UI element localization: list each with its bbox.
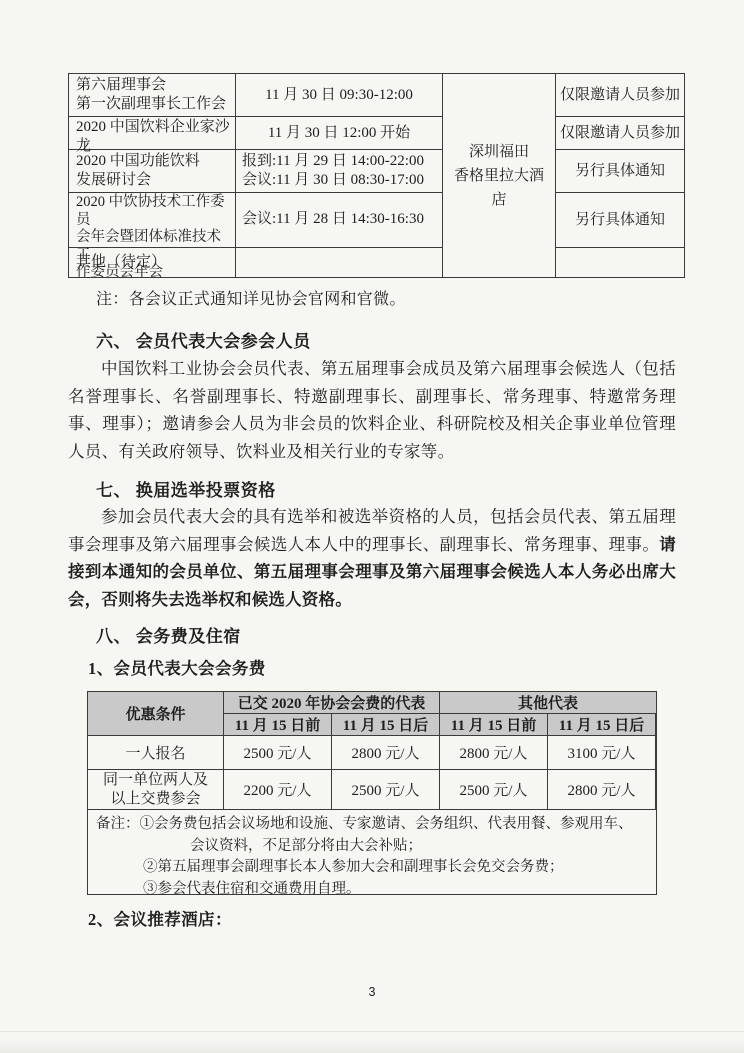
fee-group-header: 已交 2020 年协会会费的代表 <box>238 692 426 713</box>
hotels-subheading: 2、会议推荐酒店： <box>88 906 232 930</box>
fee-corner-header: 优惠条件 <box>125 703 185 724</box>
fee-corner-header-cell: 优惠条件 <box>88 692 224 736</box>
meeting-note: 仅限邀请人员参加 <box>560 124 680 143</box>
meeting-time: 报到:11 月 29 日 14:00-22:00 会议:11 月 30 日 08… <box>242 152 424 191</box>
meeting-time-cell: 报到:11 月 29 日 14:00-22:00 会议:11 月 30 日 08… <box>236 150 443 193</box>
meeting-note: 仅限邀请人员参加 <box>560 86 680 105</box>
meeting-note-cell: 另行具体通知 <box>556 150 684 193</box>
meeting-name-cell: 第六届理事会 第一次副理事长工作会 <box>69 74 236 117</box>
meeting-note: 另行具体通知 <box>575 211 665 230</box>
meeting-time-cell <box>236 248 443 277</box>
fee-remark-text: ①会务费包括会议场地和设施、专家邀请、会务组织、代表用餐、参观用车、 <box>140 814 633 836</box>
fee-value-cell: 2500 元/人 <box>332 770 440 810</box>
meeting-name-cell: 2020 中国功能饮料 发展研讨会 <box>69 150 236 193</box>
meeting-schedule-table: 第六届理事会 第一次副理事长工作会 11 月 30 日 09:30-12:00 … <box>68 73 685 278</box>
fee-value: 2500 元/人 <box>244 742 312 763</box>
fee-remark-line: ③参会代表住宿和交通费用自理。 <box>143 879 633 901</box>
meeting-time: 11 月 30 日 12:00 开始 <box>268 124 410 143</box>
fee-remark-line: 备注：①会务费包括会议场地和设施、专家邀请、会务组织、代表用餐、参观用车、 <box>96 814 633 836</box>
fee-sub-header: 11 月 15 日后 <box>559 714 644 735</box>
fee-sub-header-cell: 11 月 15 日后 <box>332 714 440 736</box>
fee-remark-line: 会议资料，不足部分将由大会补贴； <box>190 836 633 858</box>
fee-sub-header-cell: 11 月 15 日前 <box>224 714 332 736</box>
fee-value: 2500 元/人 <box>460 779 528 800</box>
meeting-name-cell: 2020 中饮协技术工作委员 会年会暨团体标准技术工 作委员会年会 <box>69 193 236 248</box>
meeting-location-cell: 深圳福田 香格里拉大酒店 <box>443 74 556 277</box>
meeting-note-cell: 仅限邀请人员参加 <box>556 74 684 117</box>
fee-value-cell: 2800 元/人 <box>440 736 548 770</box>
fee-sub-header-cell: 11 月 15 日前 <box>440 714 548 736</box>
fee-sub-header: 11 月 15 日前 <box>451 714 536 735</box>
section-seven-heading: 七、 换届选举投票资格 <box>96 476 276 501</box>
meeting-name-cell: 2020 中国饮料企业家沙龙 <box>69 117 236 150</box>
scanned-document-page: 第六届理事会 第一次副理事长工作会 11 月 30 日 09:30-12:00 … <box>0 0 744 1053</box>
fee-table: 优惠条件 已交 2020 年协会会费的代表 其他代表 11 月 15 日前 11… <box>87 691 657 895</box>
schedule-footnote: 注：各会议正式通知详见协会官网和官微。 <box>96 286 406 309</box>
meeting-name-cell: 其他（待定） <box>69 248 236 277</box>
fee-row-label: 同一单位两人及 以上交费参会 <box>103 771 208 809</box>
fee-value-cell: 2800 元/人 <box>548 770 656 810</box>
fee-remark-line: ②第五届理事会副理事长本人参加大会和副理事长会免交会务费； <box>143 857 633 879</box>
fee-sub-header-cell: 11 月 15 日后 <box>548 714 656 736</box>
section-seven-text: 参加会员代表大会的具有选举和被选举资格的人员，包括会员代表、第五届理事会理事及第… <box>68 507 676 554</box>
meeting-time-cell: 11 月 30 日 12:00 开始 <box>236 117 443 150</box>
fee-value-cell: 2500 元/人 <box>224 736 332 770</box>
meeting-note-cell: 仅限邀请人员参加 <box>556 117 684 150</box>
meeting-name: 2020 中国功能饮料 发展研讨会 <box>76 152 200 190</box>
meeting-location: 深圳福田 香格里拉大酒店 <box>447 140 551 212</box>
page-number: 3 <box>0 985 744 999</box>
fee-group-header-cell: 已交 2020 年协会会费的代表 <box>224 692 440 714</box>
meeting-name: 第六届理事会 第一次副理事长工作会 <box>76 76 226 114</box>
fee-remarks: 备注：①会务费包括会议场地和设施、专家邀请、会务组织、代表用餐、参观用车、 会议… <box>96 814 633 900</box>
fee-value-cell: 3100 元/人 <box>548 736 656 770</box>
meeting-name: 其他（待定） <box>76 253 166 272</box>
section-six-heading: 六、 会员代表大会参会人员 <box>96 327 311 352</box>
fee-value-cell: 2200 元/人 <box>224 770 332 810</box>
meeting-time-cell: 会议:11 月 28 日 14:30-16:30 <box>236 193 443 248</box>
fee-remarks-cell: 备注：①会务费包括会议场地和设施、专家邀请、会务组织、代表用餐、参观用车、 会议… <box>88 810 656 894</box>
fee-sub-header: 11 月 15 日前 <box>235 714 320 735</box>
section-seven-paragraph: 参加会员代表大会的具有选举和被选举资格的人员，包括会员代表、第五届理事会理事及第… <box>68 503 676 613</box>
fee-value-cell: 2500 元/人 <box>440 770 548 810</box>
fee-row-label-cell: 同一单位两人及 以上交费参会 <box>88 770 224 810</box>
fee-value-cell: 2800 元/人 <box>332 736 440 770</box>
fee-sub-header: 11 月 15 日后 <box>343 714 428 735</box>
fee-value: 2500 元/人 <box>352 779 420 800</box>
fee-value: 2200 元/人 <box>244 779 312 800</box>
section-eight-heading: 八、 会务费及住宿 <box>96 622 241 647</box>
fee-row-label: 一人报名 <box>125 742 185 763</box>
fee-row-label-cell: 一人报名 <box>88 736 224 770</box>
meeting-time: 11 月 30 日 09:30-12:00 <box>265 86 413 105</box>
meeting-note-cell: 另行具体通知 <box>556 193 684 248</box>
fee-group-header: 其他代表 <box>518 692 578 713</box>
meeting-note-cell <box>556 248 684 277</box>
fee-value: 3100 元/人 <box>568 742 636 763</box>
meeting-time: 会议:11 月 28 日 14:30-16:30 <box>242 210 424 230</box>
scan-artifact-line <box>0 1031 744 1032</box>
meeting-note: 另行具体通知 <box>575 162 665 181</box>
fee-value: 2800 元/人 <box>568 779 636 800</box>
fee-value: 2800 元/人 <box>460 742 528 763</box>
meeting-time-cell: 11 月 30 日 09:30-12:00 <box>236 74 443 117</box>
fee-group-header-cell: 其他代表 <box>440 692 656 714</box>
fee-remark-label: 备注： <box>96 814 140 836</box>
fee-value: 2800 元/人 <box>352 742 420 763</box>
section-six-paragraph: 中国饮料工业协会会员代表、第五届理事会成员及第六届理事会候选人（包括名誉理事长、… <box>68 355 676 465</box>
fee-subheading: 1、会员代表大会会务费 <box>88 655 266 679</box>
